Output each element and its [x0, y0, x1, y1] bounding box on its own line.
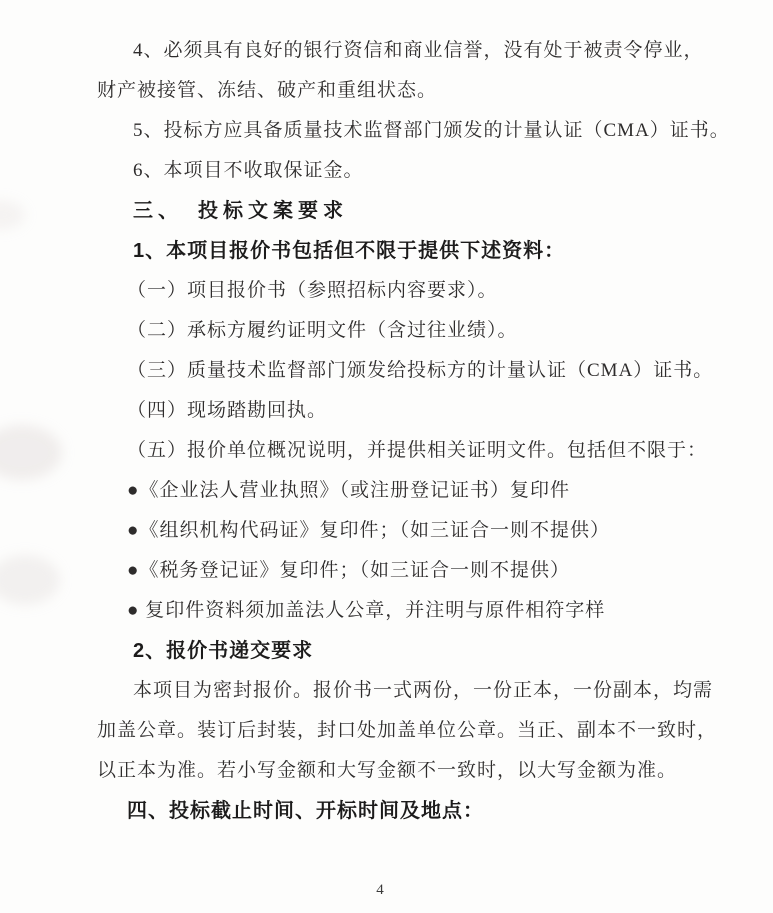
doc-line-item-4-cont: 财产被接管、冻结、破产和重组状态。 — [97, 71, 697, 111]
page-number: 4 — [0, 882, 760, 899]
doc-paragraph-sealed-quote: 本项目为密封报价。报价书一式两份，一份正本，一份副本，均需 — [97, 671, 697, 711]
doc-line-item-c: （三）质量技术监督部门颁发给投标方的计量认证（CMA）证书。 — [97, 351, 697, 391]
doc-bullet-tax-cert: ●《税务登记证》复印件；（如三证合一则不提供） — [97, 551, 697, 591]
scan-artifact — [0, 425, 62, 480]
doc-line-item-6: 6、本项目不收取保证金。 — [97, 151, 697, 191]
document-body: 4、必须具有良好的银行资信和商业信誉，没有处于被责令停业， 财产被接管、冻结、破… — [97, 31, 697, 831]
doc-heading-section-3: 三、 投标文案要求 — [97, 191, 697, 231]
doc-line-item-b: （二）承标方履约证明文件（含过往业绩）。 — [97, 311, 697, 351]
document-page: 4、必须具有良好的银行资信和商业信誉，没有处于被责令停业， 财产被接管、冻结、破… — [0, 0, 773, 913]
doc-bullet-business-license: ●《企业法人营业执照》（或注册登记证书）复印件 — [97, 471, 697, 511]
doc-line-item-a: （一）项目报价书（参照招标内容要求）。 — [97, 271, 697, 311]
scan-artifact — [0, 555, 60, 605]
doc-line-item-e: （五）报价单位概况说明，并提供相关证明文件。包括但不限于： — [97, 431, 697, 471]
doc-line-item-d: （四）现场踏勘回执。 — [97, 391, 697, 431]
scan-artifact — [0, 200, 25, 230]
doc-line-item-4: 4、必须具有良好的银行资信和商业信誉，没有处于被责令停业， — [97, 31, 697, 71]
doc-bullet-org-code: ●《组织机构代码证》复印件；（如三证合一则不提供） — [97, 511, 697, 551]
doc-bullet-copy-seal: ● 复印件资料须加盖法人公章，并注明与原件相符字样 — [97, 591, 697, 631]
doc-heading-subsection-2: 2、报价书递交要求 — [97, 631, 697, 671]
doc-paragraph-sealed-quote-cont1: 加盖公章。装订后封装，封口处加盖单位公章。当正、副本不一致时， — [97, 711, 697, 751]
doc-heading-section-4: 四、投标截止时间、开标时间及地点： — [97, 791, 697, 831]
doc-line-item-5: 5、投标方应具备质量技术监督部门颁发的计量认证（CMA）证书。 — [97, 111, 697, 151]
doc-heading-subsection-1: 1、本项目报价书包括但不限于提供下述资料： — [97, 231, 697, 271]
doc-paragraph-sealed-quote-cont2: 以正本为准。若小写金额和大写金额不一致时，以大写金额为准。 — [97, 751, 697, 791]
